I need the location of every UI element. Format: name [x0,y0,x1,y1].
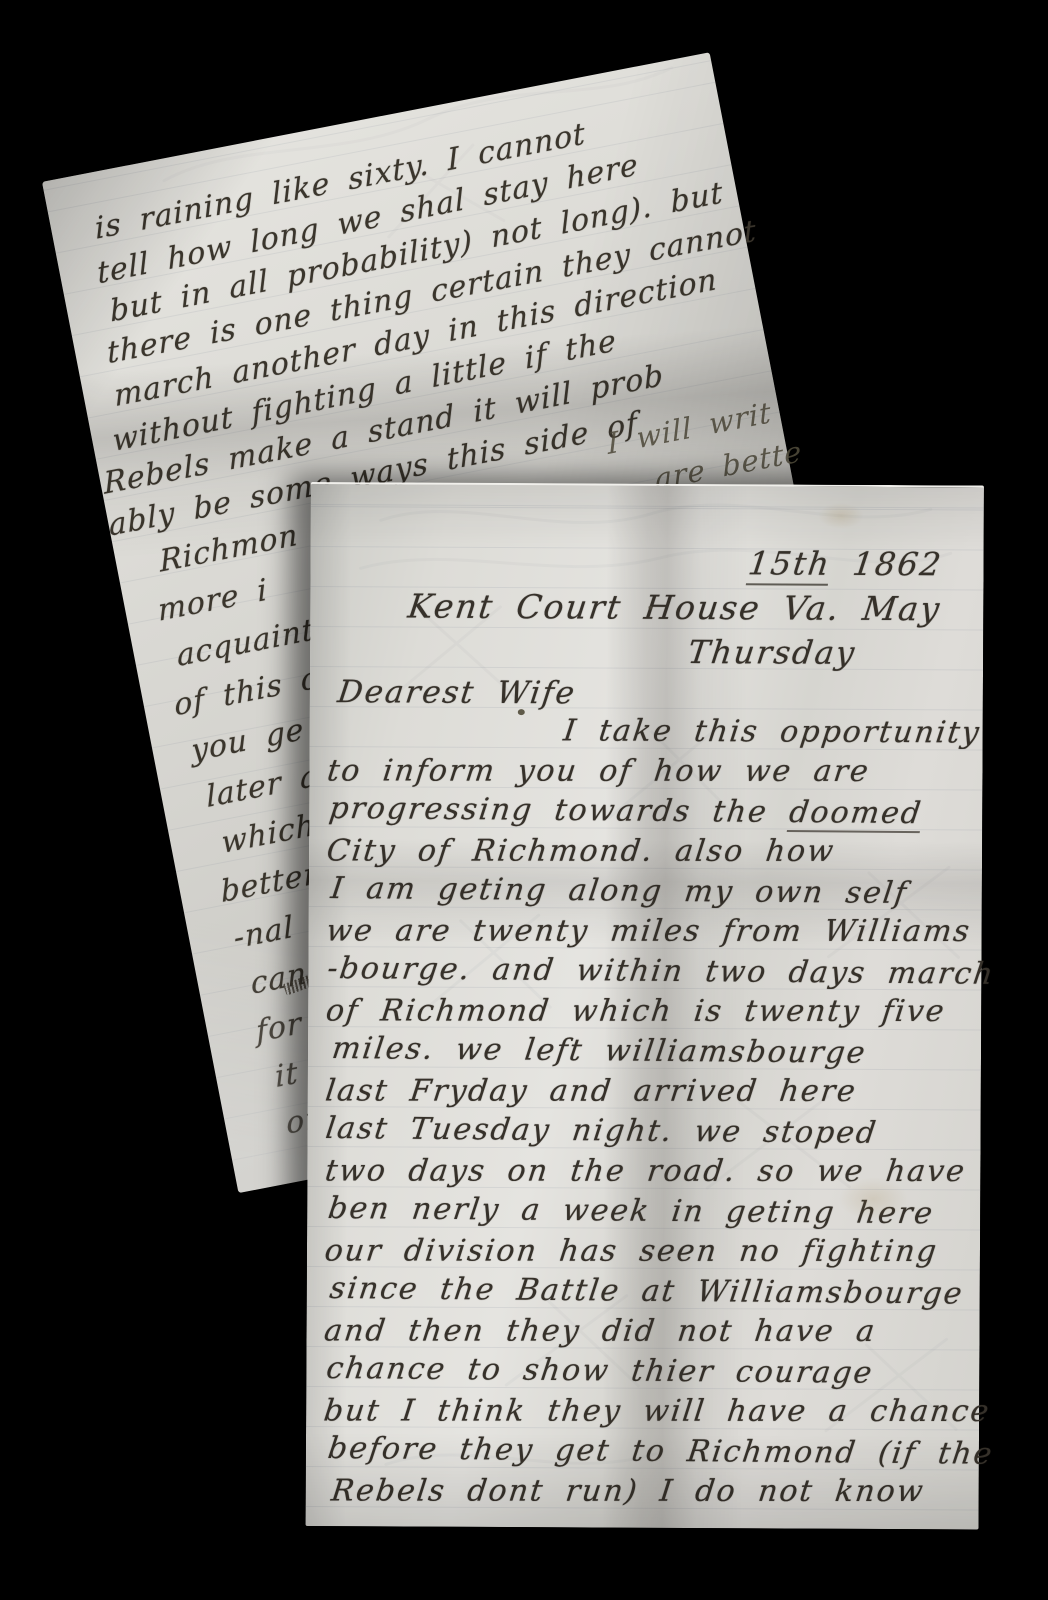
front-letter-page: 15th 1862 Kent Court House Va. May Thurs… [306,482,984,1530]
crease-shadow [306,484,984,1530]
photo-stage: is raining like sixty. I cannot tell how… [0,0,1048,1600]
